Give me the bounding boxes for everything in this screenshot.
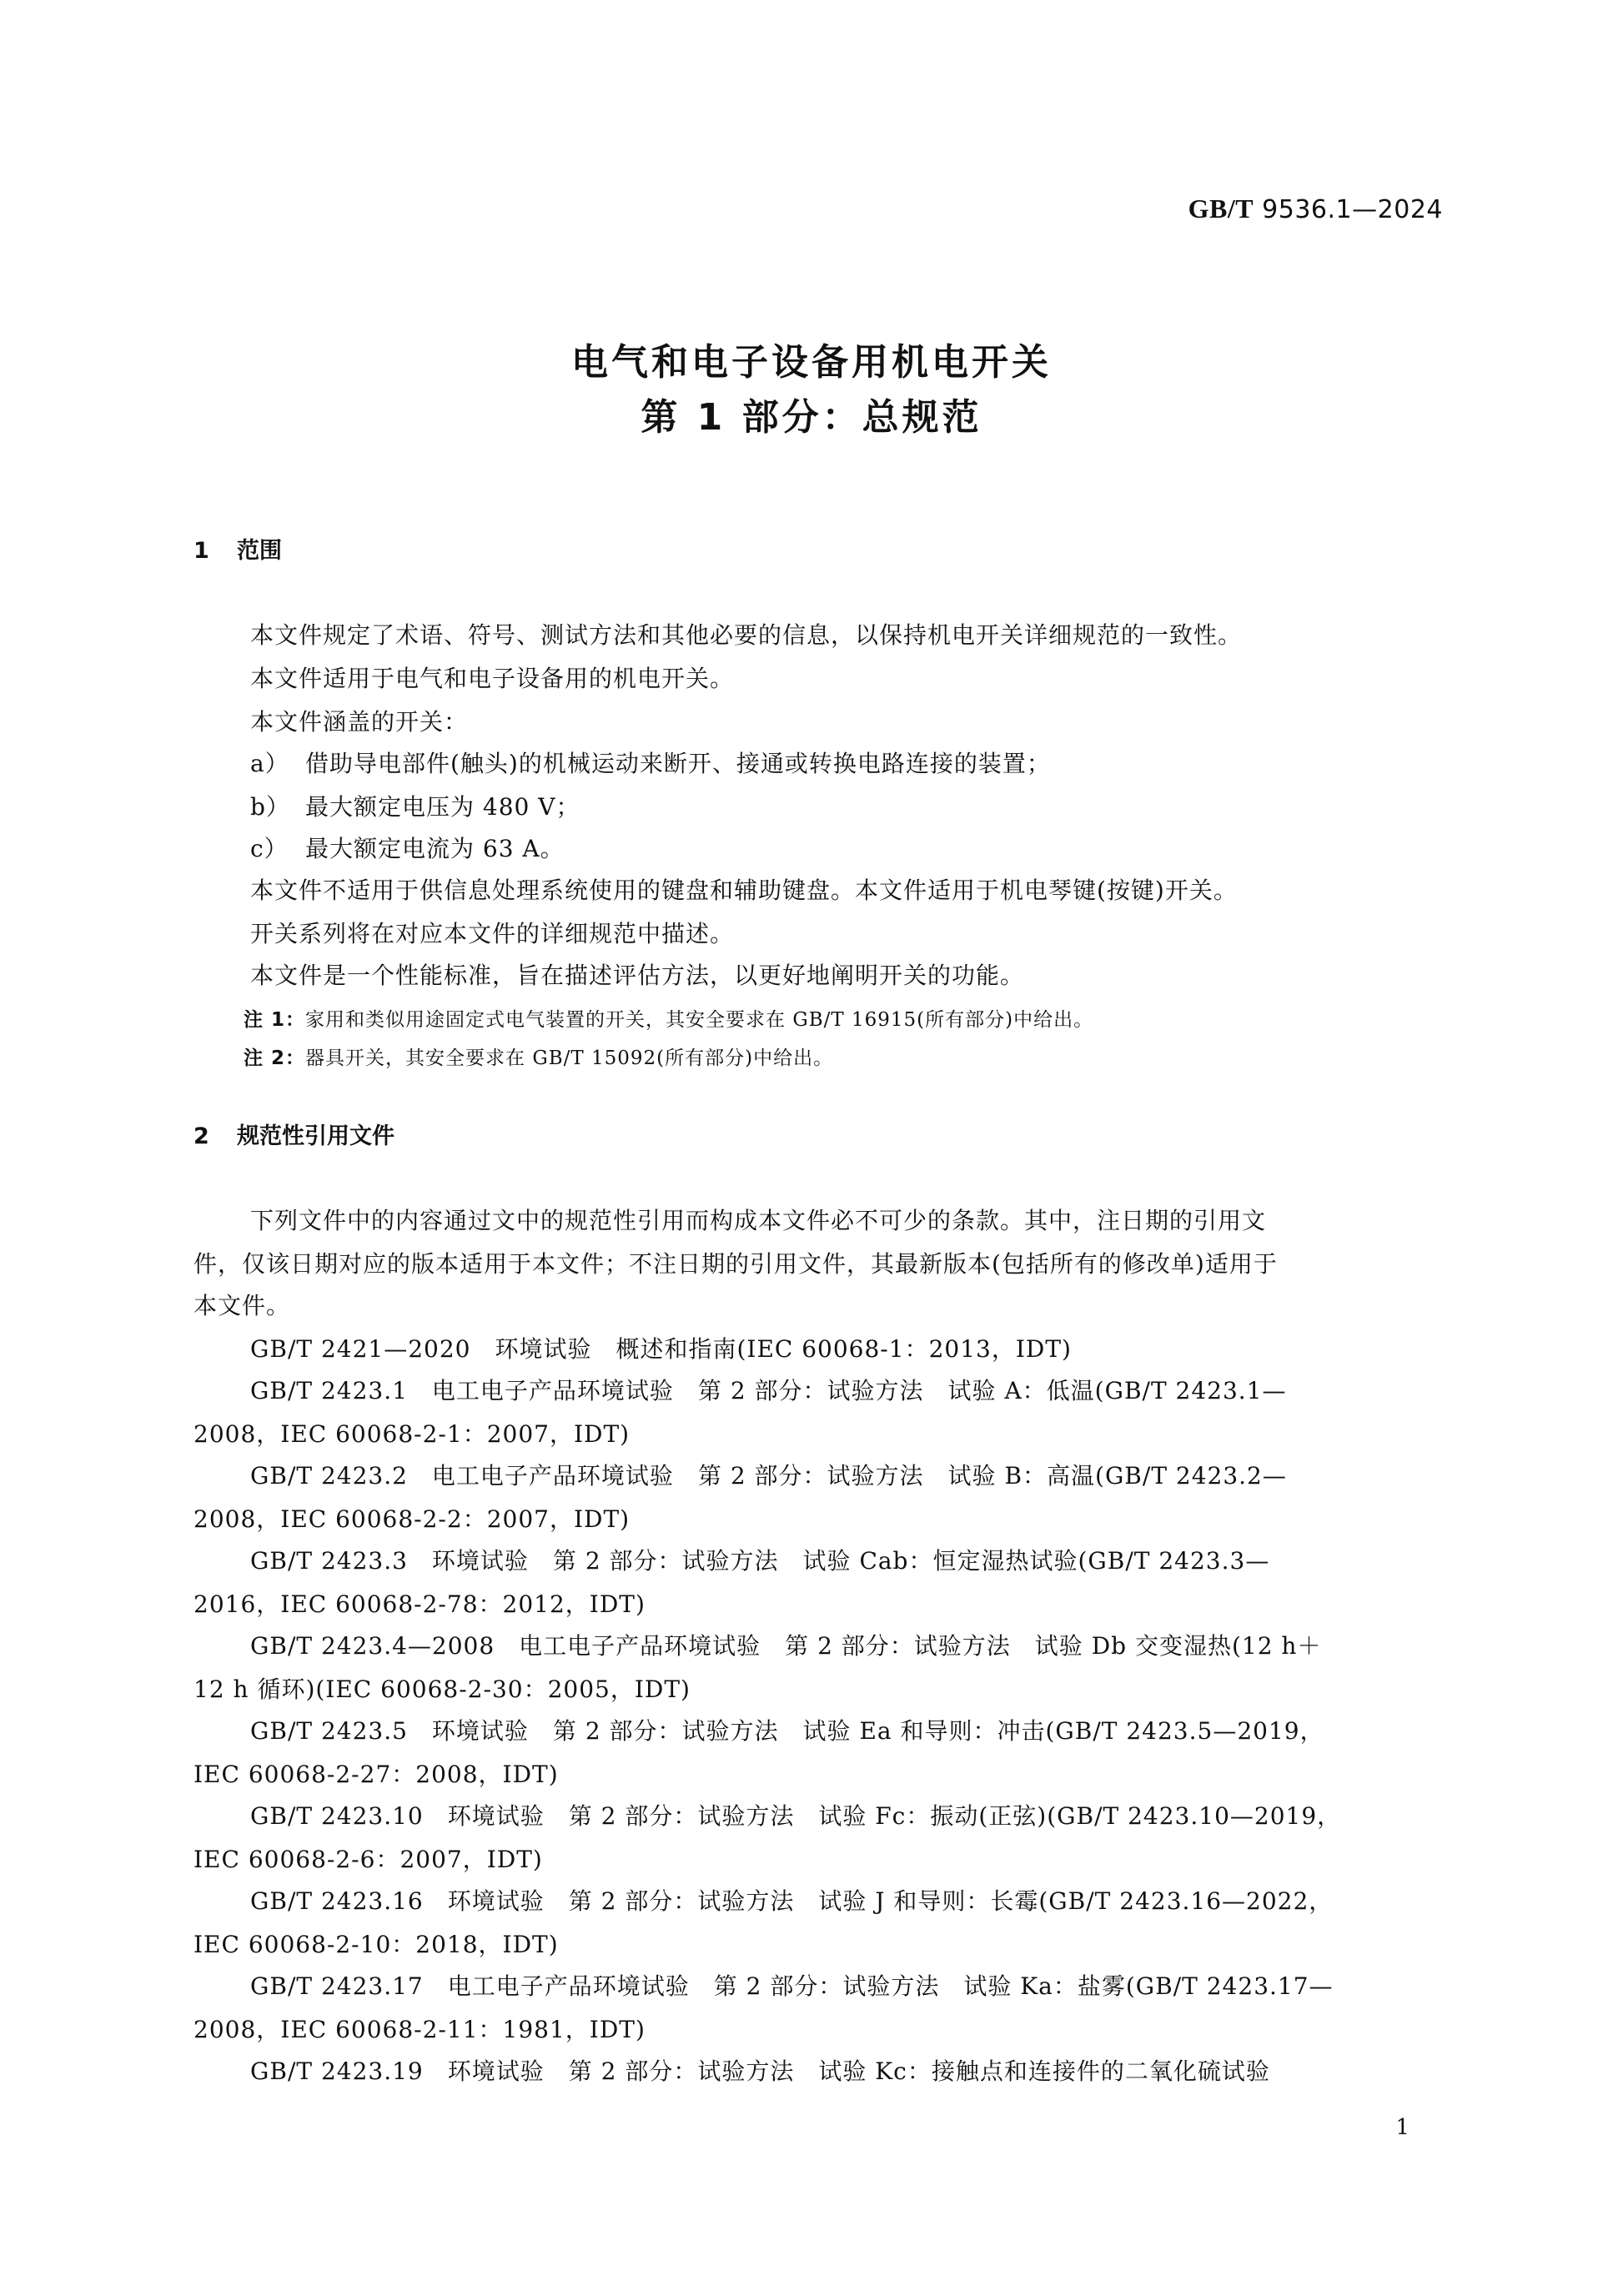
paragraph: 本文件适用于电气和电子设备用的机电开关。 [250, 661, 734, 694]
section-2-heading: 2规范性引用文件 [193, 1118, 394, 1150]
section-number: 2 [193, 1123, 237, 1149]
standard-number: GB/T 9536.1—2024 [1188, 193, 1443, 224]
note-text: 器具开关，其安全要求在 GB/T 15092(所有部分)中给出。 [305, 1048, 833, 1069]
list-item: b）最大额定电压为 480 V； [250, 789, 580, 822]
note-text: 家用和类似用途固定式电气装置的开关，其安全要求在 GB/T 16915(所有部分… [305, 1009, 1093, 1031]
reference-line: GB/T 2423.1 电工电子产品环境试验 第 2 部分：试验方法 试验 A：… [250, 1373, 1287, 1406]
standard-prefix: GB/T [1188, 193, 1254, 224]
list-item: a）借助导电部件(触头)的机械运动来断开、接通或转换电路连接的装置； [250, 746, 1051, 779]
reference-line: GB/T 2423.17 电工电子产品环境试验 第 2 部分：试验方法 试验 K… [250, 1968, 1334, 2002]
paragraph: 开关系列将在对应本文件的详细规范中描述。 [250, 916, 734, 949]
document-title: 电气和电子设备用机电开关 [0, 332, 1623, 385]
reference-line: GB/T 2423.3 环境试验 第 2 部分：试验方法 试验 Cab：恒定湿热… [250, 1543, 1269, 1576]
list-marker: a） [250, 746, 305, 779]
section-title: 范围 [237, 538, 282, 564]
paragraph: 本文件涵盖的开关： [250, 704, 468, 737]
list-text: 最大额定电流为 63 A。 [305, 835, 565, 862]
reference-line: GB/T 2423.4—2008 电工电子产品环境试验 第 2 部分：试验方法 … [250, 1628, 1321, 1661]
reference-line: 2016，IEC 60068-2-78：2012，IDT) [193, 1586, 646, 1620]
reference-line: GB/T 2423.19 环境试验 第 2 部分：试验方法 试验 Kc：接触点和… [250, 2053, 1270, 2087]
standard-code: 9536.1—2024 [1262, 195, 1443, 224]
section-number: 1 [193, 538, 237, 564]
paragraph: 本文件是一个性能标准，旨在描述评估方法，以更好地阐明开关的功能。 [250, 957, 1024, 991]
list-marker: c） [250, 831, 305, 864]
list-text: 最大额定电压为 480 V； [305, 793, 580, 821]
reference-line: GB/T 2423.5 环境试验 第 2 部分：试验方法 试验 Ea 和导则：冲… [250, 1713, 1324, 1746]
section-1-heading: 1范围 [193, 532, 282, 565]
note-label: 注 2： [244, 1048, 305, 1069]
list-item: c）最大额定电流为 63 A。 [250, 831, 565, 864]
paragraph-line: 件，仅该日期对应的版本适用于本文件；不注日期的引用文件，其最新版本(包括所有的修… [193, 1246, 1278, 1279]
list-text: 借助导电部件(触头)的机械运动来断开、接通或转换电路连接的装置； [305, 750, 1051, 777]
reference-line: 12 h 循环)(IEC 60068-2-30：2005，IDT) [193, 1671, 691, 1705]
paragraph-line: 下列文件中的内容通过文中的规范性引用而构成本文件必不可少的条款。其中，注日期的引… [250, 1203, 1266, 1236]
note: 注 2：器具开关，其安全要求在 GB/T 15092(所有部分)中给出。 [244, 1042, 833, 1070]
reference-line: GB/T 2421—2020 环境试验 概述和指南(IEC 60068-1：20… [250, 1331, 1072, 1364]
list-marker: b） [250, 789, 305, 822]
reference-line: IEC 60068-2-6：2007，IDT) [193, 1841, 543, 1875]
reference-line: 2008，IEC 60068-2-11：1981，IDT) [193, 2012, 646, 2045]
section-title: 规范性引用文件 [237, 1123, 394, 1149]
reference-line: GB/T 2423.10 环境试验 第 2 部分：试验方法 试验 Fc：振动(正… [250, 1798, 1341, 1831]
note-label: 注 1： [244, 1009, 305, 1031]
paragraph: 本文件规定了术语、符号、测试方法和其他必要的信息，以保持机电开关详细规范的一致性… [250, 617, 1242, 651]
document-subtitle: 第 1 部分：总规范 [0, 387, 1623, 440]
note: 注 1：家用和类似用途固定式电气装置的开关，其安全要求在 GB/T 16915(… [244, 1004, 1093, 1032]
reference-line: GB/T 2423.16 环境试验 第 2 部分：试验方法 试验 J 和导则：长… [250, 1883, 1333, 1917]
reference-line: 2008，IEC 60068-2-2：2007，IDT) [193, 1501, 630, 1535]
reference-line: IEC 60068-2-10：2018，IDT) [193, 1927, 559, 1960]
reference-line: GB/T 2423.2 电工电子产品环境试验 第 2 部分：试验方法 试验 B：… [250, 1458, 1287, 1491]
document-page: GB/T 9536.1—2024 电气和电子设备用机电开关 第 1 部分：总规范… [0, 0, 1623, 2296]
paragraph-line: 本文件。 [193, 1288, 290, 1321]
reference-line: 2008，IEC 60068-2-1：2007，IDT) [193, 1416, 630, 1449]
reference-line: IEC 60068-2-27：2008，IDT) [193, 1756, 559, 1790]
page-number: 1 [1395, 2115, 1409, 2140]
paragraph: 本文件不适用于供信息处理系统使用的键盘和辅助键盘。本文件适用于机电琴键(按键)开… [250, 872, 1238, 906]
